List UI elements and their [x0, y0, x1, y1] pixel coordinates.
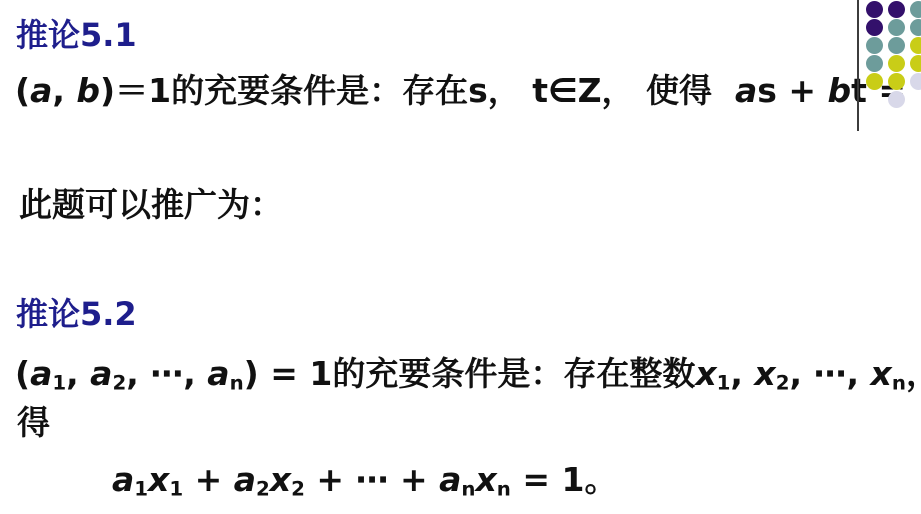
decorative-dot	[866, 1, 883, 18]
slide-canvas: 推论5.1 (a, b)＝1的充要条件是：存在s， t∈Z， 使得 as + b…	[0, 0, 921, 514]
text-run: 2	[112, 371, 126, 394]
text-run: 2	[776, 371, 790, 394]
decorative-dot	[910, 73, 921, 90]
text-run: n	[230, 371, 244, 394]
text-run: 1	[134, 477, 148, 500]
dot-grid-decoration	[866, 1, 921, 117]
transition-text: 此题可以推广为：	[19, 184, 283, 227]
text-run: 1	[52, 371, 66, 394]
text-run: 1	[717, 371, 731, 394]
decorative-dot	[910, 1, 921, 18]
text-run: b	[828, 71, 852, 110]
text-run: , ⋯,	[126, 354, 207, 393]
text-run: ,	[66, 354, 90, 393]
decorative-dot	[888, 1, 905, 18]
decorative-dot	[910, 37, 921, 54]
text-run: b	[76, 71, 100, 110]
text-run: ) = 1的充要条件是：存在整数	[244, 354, 696, 393]
text-run: 2	[291, 477, 305, 500]
text-run: 此题可以推广为：	[19, 185, 283, 224]
decorative-dot	[888, 19, 905, 36]
text-run: x	[695, 354, 716, 393]
text-run: = 1。	[511, 460, 618, 499]
corollary-5-2-title: 推论5.2	[16, 294, 137, 336]
decorative-dot	[866, 37, 883, 54]
decorative-dot	[866, 55, 883, 72]
corollary-5-1-title: 推论5.1	[16, 15, 137, 57]
text-run: ,	[52, 71, 76, 110]
text-run: (	[15, 354, 30, 393]
decorative-dot	[888, 37, 905, 54]
text-run: (	[15, 71, 30, 110]
text-run: + ⋯ +	[305, 460, 439, 499]
text-run: x	[476, 460, 497, 499]
text-run: a	[207, 354, 229, 393]
decorative-dot	[910, 19, 921, 36]
text-run: ， 使	[906, 354, 921, 393]
text-run: n	[497, 477, 511, 500]
decorative-dot	[910, 55, 921, 72]
text-run: 2	[256, 477, 270, 500]
decorative-dot	[866, 73, 883, 90]
divider-line	[857, 0, 859, 131]
text-run: n	[461, 477, 475, 500]
text-run: x	[270, 460, 291, 499]
decorative-dot	[888, 55, 905, 72]
decorative-dot	[888, 91, 905, 108]
text-run: x	[871, 354, 892, 393]
text-run: 得	[17, 403, 50, 442]
text-run: s +	[757, 71, 827, 110]
text-run: )＝1的充要条件是：存在s， t∈Z， 使得	[100, 71, 735, 110]
text-run: a	[30, 71, 52, 110]
text-run: , ⋯,	[789, 354, 870, 393]
decorative-dot	[888, 73, 905, 90]
text-run: a	[30, 354, 52, 393]
text-run: 1	[169, 477, 183, 500]
corollary-5-1-body: (a, b)＝1的充要条件是：存在s， t∈Z， 使得 as + bt = 1。	[15, 70, 921, 113]
corollary-5-2-body-line1: (a1, a2, ⋯, an) = 1的充要条件是：存在整数x1, x2, ⋯,…	[15, 353, 921, 396]
text-run: a	[234, 460, 256, 499]
text-run: n	[892, 371, 906, 394]
text-run: a	[90, 354, 112, 393]
corollary-5-2-formula: a1x1 + a2x2 + ⋯ + anxn = 1。	[112, 459, 617, 502]
text-run: x	[754, 354, 775, 393]
text-run: a	[112, 460, 134, 499]
text-run: +	[183, 460, 234, 499]
text-run: x	[148, 460, 169, 499]
corollary-5-2-body-line2: 得	[17, 402, 50, 445]
decorative-dot	[866, 19, 883, 36]
text-run: a	[735, 71, 757, 110]
text-run: ,	[730, 354, 754, 393]
text-run: a	[439, 460, 461, 499]
